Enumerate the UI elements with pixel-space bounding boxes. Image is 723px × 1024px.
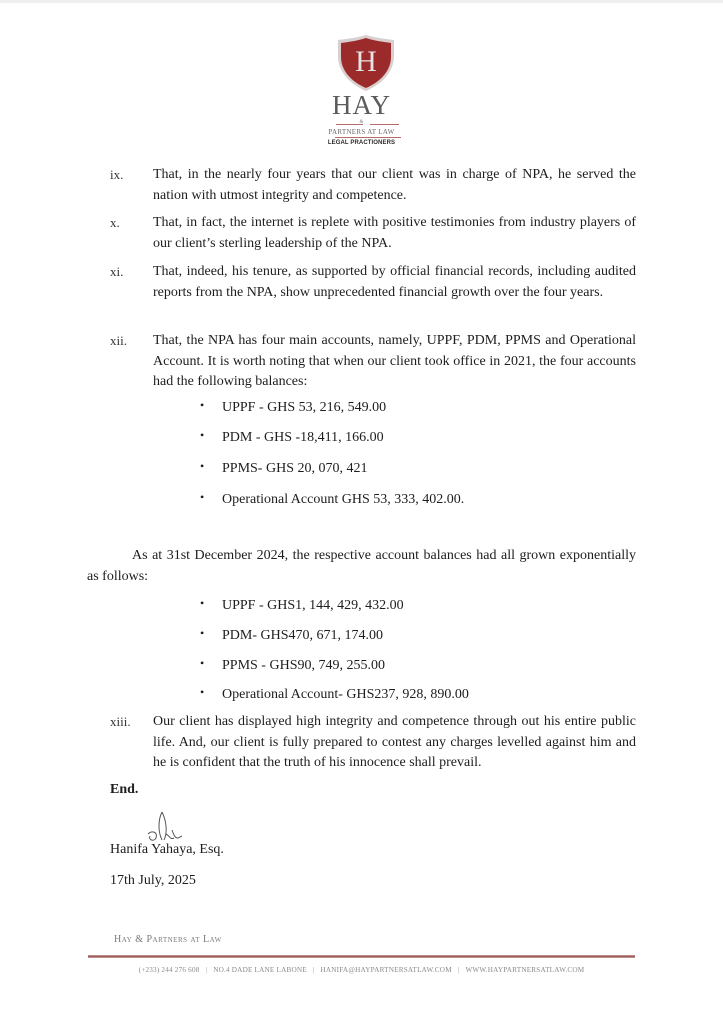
shield-logo-icon: H — [336, 34, 396, 92]
item-number: xii. — [110, 331, 127, 352]
svg-text:H: H — [355, 45, 377, 78]
item-number: xiii. — [110, 712, 131, 733]
item-number: x. — [110, 213, 120, 234]
bullet-icon: • — [200, 425, 204, 445]
bullet-icon: • — [200, 623, 204, 643]
item-text: That, in fact, the internet is replete w… — [153, 213, 636, 254]
item-text: That, the NPA has four main accounts, na… — [153, 331, 636, 393]
logo-rule-right — [370, 124, 399, 125]
end-label: End. — [110, 782, 138, 798]
logo-rule-bottom — [335, 137, 401, 138]
firm-subtitle: PARTNERS AT LAW — [0, 128, 723, 136]
bullet-icon: • — [200, 593, 204, 613]
item-text: Our client has displayed high integrity … — [153, 712, 636, 774]
item-text: That, indeed, his tenure, as supported b… — [153, 262, 636, 303]
signer-name: Hanifa Yahaya, Esq. — [110, 842, 224, 858]
bullet-icon: • — [200, 653, 204, 673]
firm-name: HAY — [0, 92, 723, 119]
item-number: xi. — [110, 262, 123, 283]
bullet-icon: • — [200, 682, 204, 702]
footer-phone: (+233) 244 276 608 — [139, 966, 200, 974]
footer-email[interactable]: HANIFA@HAYPARTNERSATLAW.COM — [321, 966, 452, 974]
item-number: ix. — [110, 165, 123, 186]
bullet-icon: • — [200, 487, 204, 507]
paragraph-2024: As at 31st December 2024, the respective… — [87, 546, 636, 587]
bullet-icon: • — [200, 456, 204, 476]
bullet-icon: • — [200, 395, 204, 415]
letterhead-logo: H HAY & PARTNERS AT LAW LEGAL PRACTIONER… — [0, 0, 723, 160]
footer-website[interactable]: WWW.HAYPARTNERSATLAW.COM — [465, 966, 584, 974]
firm-tagline: LEGAL PRACTIONERS — [0, 139, 723, 147]
footer-address: NO.4 DADE LANE LABONE — [213, 966, 307, 974]
letter-date: 17th July, 2025 — [110, 873, 196, 889]
footer-firm-name: Hay & Partners at Law — [114, 934, 222, 945]
logo-ampersand: & — [0, 119, 723, 127]
footer-divider — [88, 955, 635, 958]
footer-contact: (+233) 244 276 608|NO.4 DADE LANE LABONE… — [0, 966, 723, 974]
item-text: That, in the nearly four years that our … — [153, 165, 636, 206]
